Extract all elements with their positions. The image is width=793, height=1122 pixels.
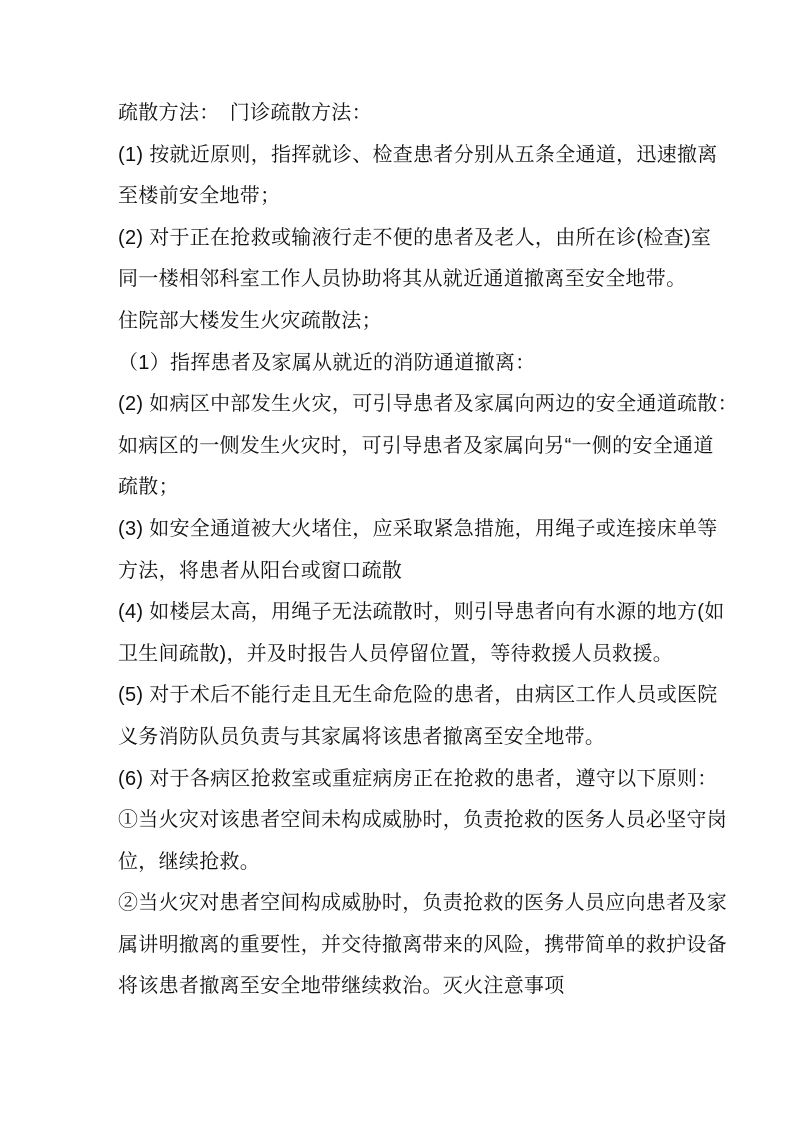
text-line: (4) 如楼层太高，用绳子无法疏散时，则引导患者向有水源的地方(如: [118, 592, 680, 634]
text-line: (3) 如安全通道被大火堵住，应采取紧急措施，用绳子或连接床单等: [118, 509, 680, 551]
text-line: (2) 如病区中部发生火灾，可引导患者及家属向两边的安全通道疏散：: [118, 384, 680, 426]
text-line: ①当火灾对该患者空间未构成威胁时，负责抢救的医务人员必坚守岗: [118, 800, 680, 842]
text-line: (6) 对于各病区抢救室或重症病房正在抢救的患者，遵守以下原则：: [118, 759, 680, 801]
text-line: 位，继续抢救。: [118, 842, 680, 884]
text-line: 属讲明撤离的重要性，并交待撤离带来的风险，携带简单的救护设备: [118, 925, 680, 967]
text-line: 疏散；: [118, 467, 680, 509]
text-line: 疏散方法： 门诊疏散方法：: [118, 93, 680, 135]
text-line: (1) 按就近原则，指挥就诊、检查患者分别从五条全通道，迅速撤离: [118, 135, 680, 177]
text-line: 住院部大楼发生火灾疏散法；: [118, 301, 680, 343]
text-line: 义务消防队员负责与其家属将该患者撤离至安全地带。: [118, 717, 680, 759]
document-body: 疏散方法： 门诊疏散方法： (1) 按就近原则，指挥就诊、检查患者分别从五条全通…: [118, 93, 680, 1008]
text-line: (2) 对于正在抢救或输液行走不便的患者及老人，由所在诊(检查)室: [118, 218, 680, 260]
text-line: 如病区的一侧发生火灾时，可引导患者及家属向另“一侧的安全通道: [118, 426, 680, 468]
document-page: 疏散方法： 门诊疏散方法： (1) 按就近原则，指挥就诊、检查患者分别从五条全通…: [0, 0, 793, 1122]
text-line: 方法，将患者从阳台或窗口疏散: [118, 551, 680, 593]
text-line: (5) 对于术后不能行走且无生命危险的患者，由病区工作人员或医院: [118, 675, 680, 717]
text-line: 卫生间疏散)，并及时报告人员停留位置，等待救援人员救援。: [118, 634, 680, 676]
text-line: 将该患者撤离至安全地带继续救治。灭火注意事项: [118, 966, 680, 1008]
text-line: 至楼前安全地带；: [118, 176, 680, 218]
text-line: 同一楼相邻科室工作人员协助将其从就近通道撤离至安全地带。: [118, 259, 680, 301]
text-line: （1）指挥患者及家属从就近的消防通道撤离：: [118, 343, 680, 385]
text-line: ②当火灾对患者空间构成威胁时，负责抢救的医务人员应向患者及家: [118, 883, 680, 925]
